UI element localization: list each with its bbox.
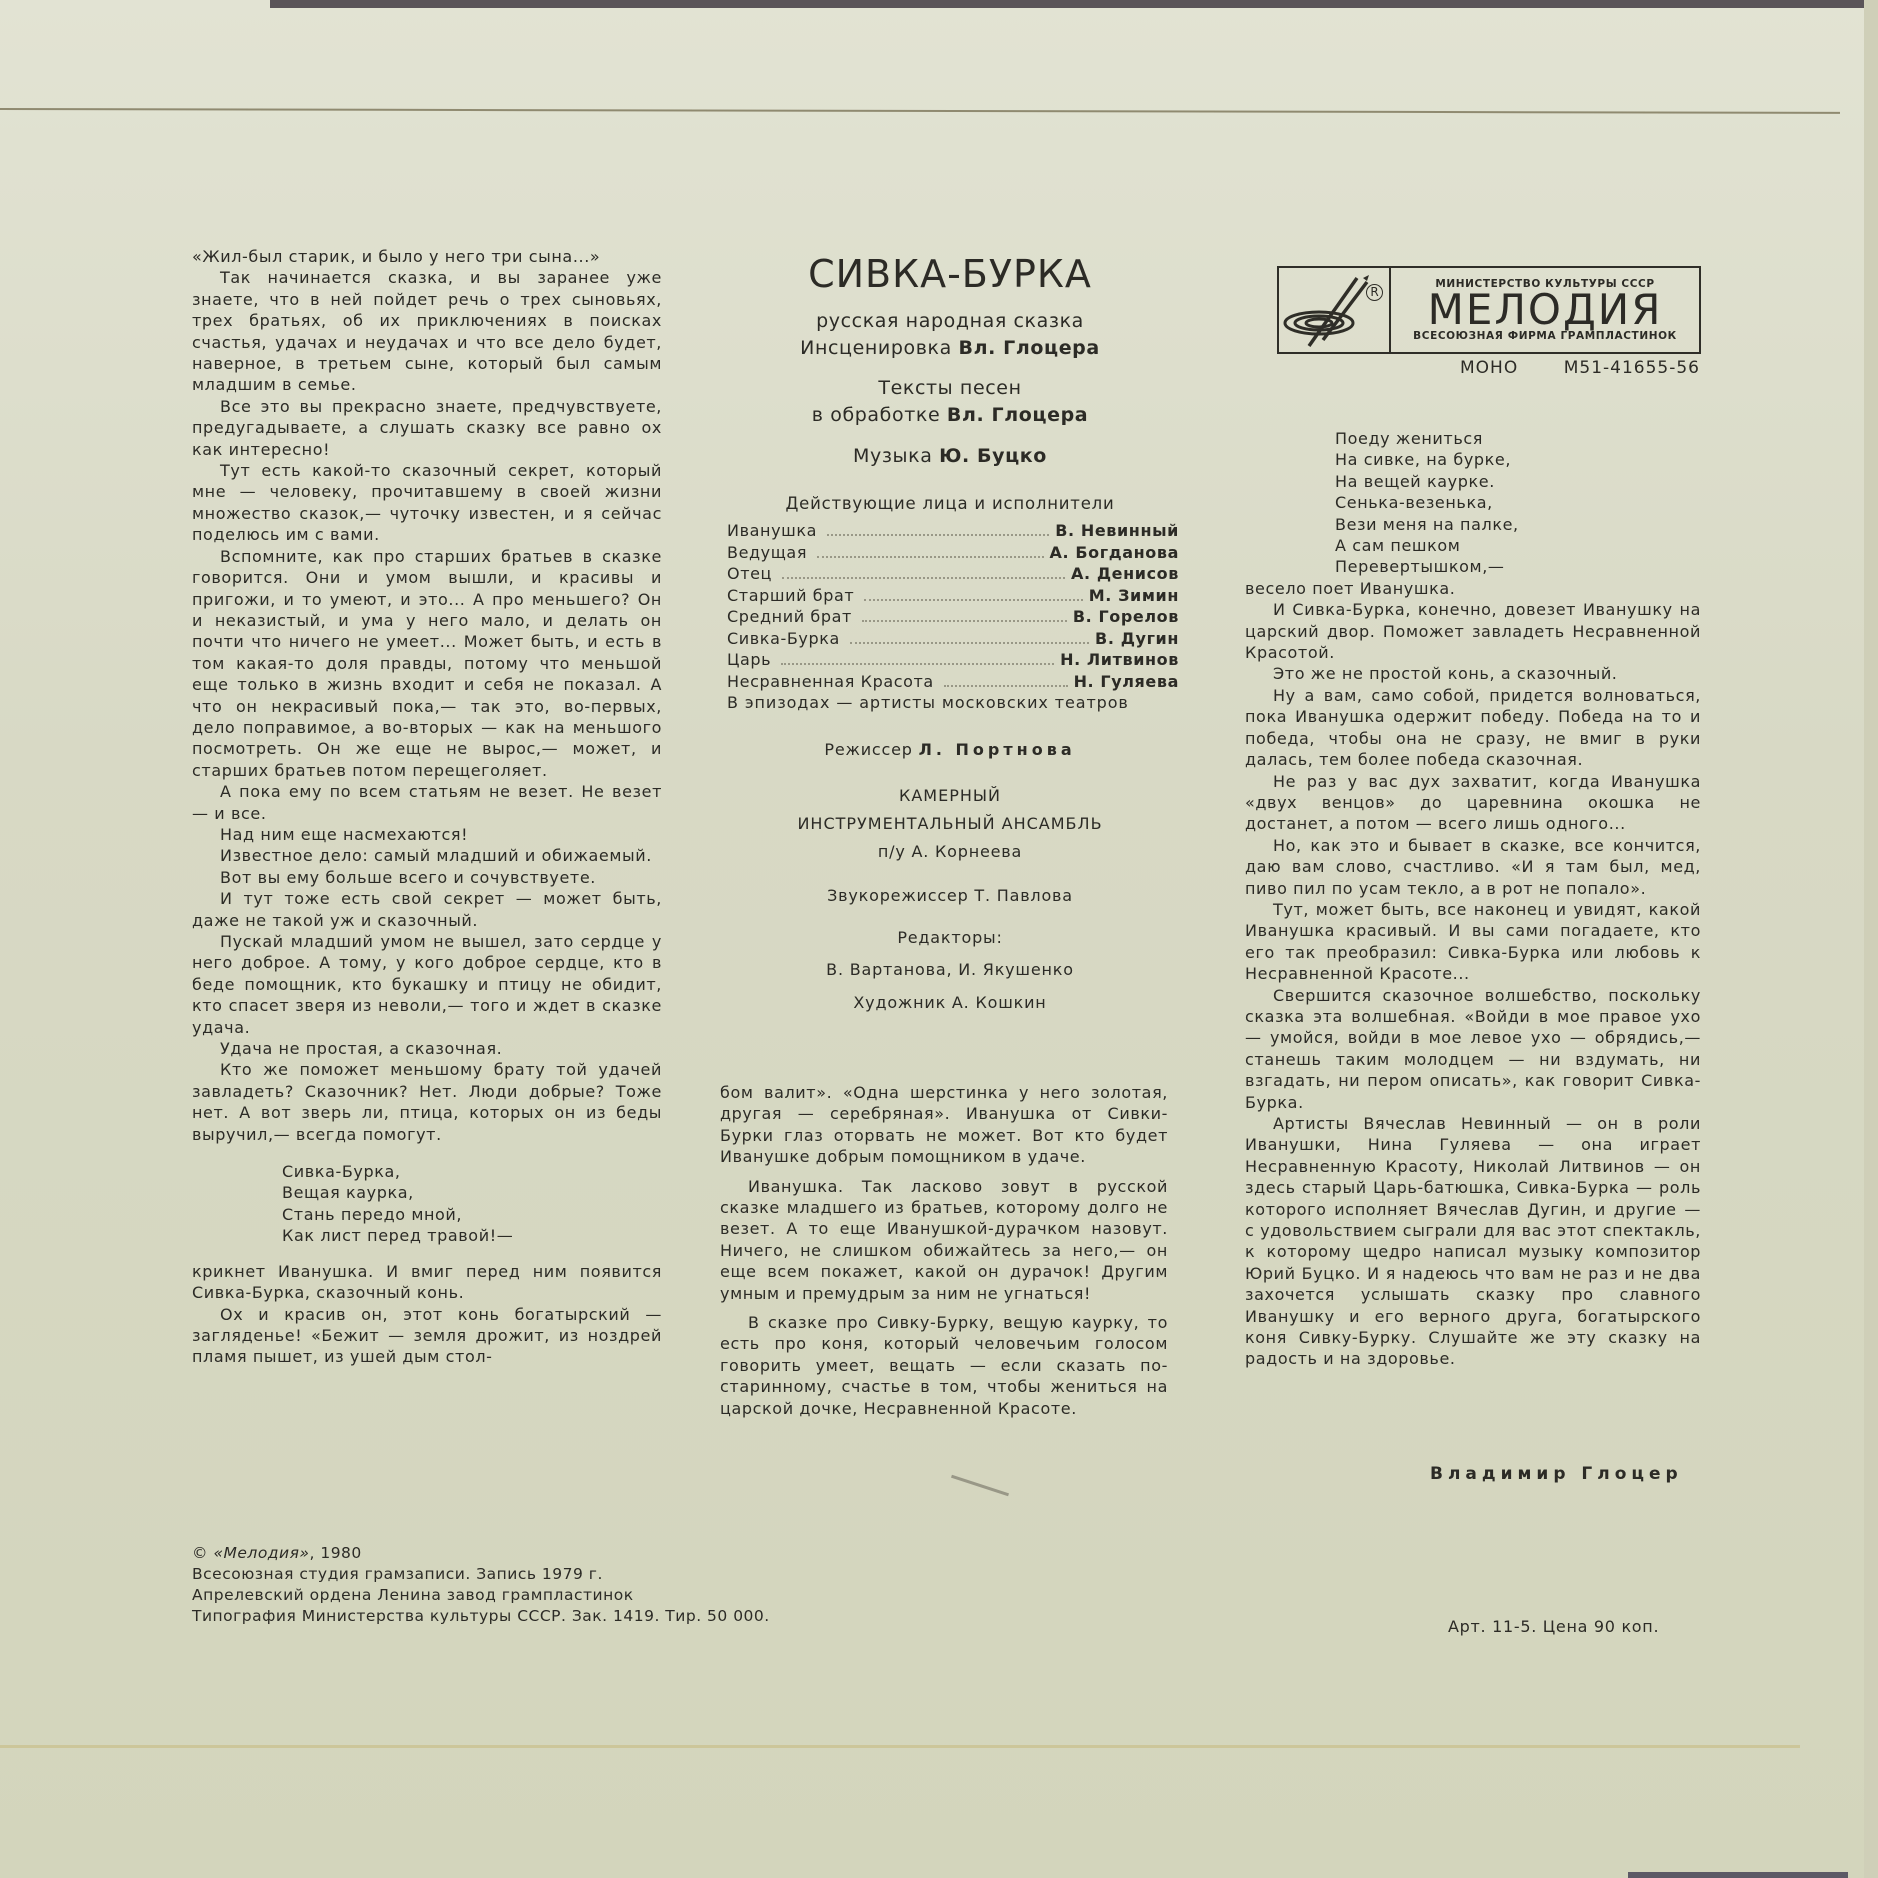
paragraph: Все это вы прекрасно знаете, предчувству…: [192, 396, 662, 460]
paragraph: весело поет Иванушка.: [1245, 578, 1701, 599]
cast-note: В эпизодах — артисты московских театров: [727, 692, 1179, 714]
verse-line: Вещая каурка,: [282, 1182, 662, 1203]
verse-line: Как лист перед травой!—: [282, 1225, 662, 1246]
studio-line: Всесоюзная студия грамзаписи. Запись 197…: [192, 1564, 770, 1585]
album-title: СИВКА-БУРКА: [700, 252, 1200, 296]
paragraph: Удача не простая, а сказочная.: [192, 1038, 662, 1059]
firm-line: ВСЕСОЮЗНАЯ ФИРМА ГРАМПЛАСТИНОК: [1413, 330, 1677, 342]
ensemble-line: КАМЕРНЫЙ: [700, 782, 1200, 810]
verse-line: Сенька-везенька,: [1335, 492, 1701, 513]
composer: Ю. Буцко: [939, 445, 1047, 467]
ink-smudge: [951, 1475, 1009, 1496]
dot-leader: [781, 663, 1054, 665]
director-name: Л. Портнова: [919, 740, 1076, 759]
editors-label: Редакторы:: [700, 928, 1200, 947]
cast-row: ИванушкаВ. Невинный: [727, 520, 1179, 542]
director-credit: Режиссер Л. Портнова: [700, 740, 1200, 759]
music-label: Музыка: [853, 445, 932, 467]
paragraph: И Сивка-Бурка, конечно, довезет Иванушку…: [1245, 599, 1701, 663]
price-label: Арт. 11-5. Цена 90 коп.: [1448, 1617, 1659, 1636]
paragraph: Пускай младший умом не вышел, зато сердц…: [192, 931, 662, 1038]
cast-actor: Н. Гуляева: [1074, 671, 1179, 693]
cast-row: ВедущаяА. Богданова: [727, 542, 1179, 564]
cast-role: Отец: [727, 563, 772, 585]
cast-actor: А. Богданова: [1050, 542, 1179, 564]
cast-role: Царь: [727, 649, 771, 671]
paragraph: крикнет Иванушка. И вмиг перед ним появи…: [192, 1261, 662, 1304]
paragraph: Вот вы ему больше всего и сочувствуете.: [192, 867, 662, 888]
cast-row: Сивка-БуркаВ. Дугин: [727, 628, 1179, 650]
verse-line: Стань передо мной,: [282, 1204, 662, 1225]
cast-row: Средний братВ. Горелов: [727, 606, 1179, 628]
dot-leader: [864, 599, 1082, 601]
paragraph: Не раз у вас дух захватит, когда Иванушк…: [1245, 771, 1701, 835]
paragraph: Но, как это и бывает в сказке, все кончи…: [1245, 835, 1701, 899]
cast-actor: В. Горелов: [1073, 606, 1179, 628]
cast-row: ЦарьН. Литвинов: [727, 649, 1179, 671]
copyright-holder: «Мелодия»: [213, 1544, 309, 1562]
lyrics-prefix: в обработке: [812, 404, 940, 426]
liner-notes-right-column: Поеду жениться На сивке, на бурке, На ве…: [1245, 428, 1701, 1370]
copyright-icon: ©: [192, 1544, 208, 1562]
paragraph: Так начинается сказка, и вы заранее уже …: [192, 267, 662, 395]
fold-crease-bottom: [0, 1745, 1800, 1748]
dot-leader: [850, 642, 1089, 644]
dot-leader: [862, 620, 1067, 622]
paragraph: Над ним еще насмехаются!: [192, 824, 662, 845]
cast-row: Несравненная КрасотаН. Гуляева: [727, 671, 1179, 693]
paragraph: бом валит». «Одна шерстинка у него золот…: [720, 1082, 1168, 1168]
director-label: Режиссер: [824, 740, 912, 759]
author-signature: Владимир Глоцер: [1430, 1464, 1683, 1484]
subtitle-block: русская народная сказка Инсценировка Вл.…: [700, 308, 1200, 362]
cast-role: Иванушка: [727, 520, 817, 542]
paragraph: «Жил-был старик, и было у него три сына.…: [192, 246, 662, 267]
lyrics-author-line: в обработке Вл. Глоцера: [700, 402, 1200, 429]
lyrics-label: Тексты песен: [700, 375, 1200, 402]
cast-row: ОтецА. Денисов: [727, 563, 1179, 585]
cast-actor: Н. Литвинов: [1060, 649, 1179, 671]
melodiya-logo: R МИНИСТЕРСТВО КУЛЬТУРЫ СССР МЕЛОДИЯ ВСЕ…: [1277, 266, 1701, 354]
printing-line: Типография Министерства культуры СССР. З…: [192, 1606, 770, 1627]
dot-leader: [782, 577, 1065, 579]
record-sleeve-back: «Жил-был старик, и было у него три сына.…: [0, 0, 1878, 1878]
sleeve-right-edge: [1864, 0, 1878, 1878]
cast-actor: А. Денисов: [1071, 563, 1179, 585]
paragraph: Тут, может быть, все наконец и увидят, к…: [1245, 899, 1701, 985]
paragraph: Кто же поможет меньшому брату той удачей…: [192, 1059, 662, 1145]
melodiya-wordmark: МИНИСТЕРСТВО КУЛЬТУРЫ СССР МЕЛОДИЯ ВСЕСО…: [1391, 268, 1699, 352]
label-name: МЕЛОДИЯ: [1428, 290, 1663, 330]
conductor-credit: п/у А. Корнеева: [700, 842, 1200, 861]
song-verse: Сивка-Бурка, Вещая каурка, Стань передо …: [282, 1161, 662, 1247]
cast-role: Ведущая: [727, 542, 807, 564]
paragraph: Ох и красив он, этот конь богатырский — …: [192, 1304, 662, 1368]
paragraph: А пока ему по всем статьям не везет. Не …: [192, 781, 662, 824]
verse-line: А сам пешком: [1335, 535, 1701, 556]
cast-list: ИванушкаВ. Невинный ВедущаяА. Богданова …: [727, 520, 1179, 714]
genre-line: русская народная сказка: [700, 308, 1200, 335]
mono-label: МОНО: [1460, 358, 1518, 378]
editors-names: В. Вартанова, И. Якушенко: [700, 960, 1200, 979]
registered-mark: R: [1366, 284, 1383, 301]
artist-credit: Художник А. Кошкин: [700, 993, 1200, 1012]
adaptation-label: Инсценировка: [800, 337, 952, 359]
adaptation-author: Вл. Глоцера: [959, 337, 1100, 359]
melodiya-emblem-icon: R: [1279, 268, 1391, 352]
paragraph: Известное дело: самый младший и обижаемы…: [192, 845, 662, 866]
music-credit: Музыка Ю. Буцко: [700, 443, 1200, 470]
paragraph: Вспомните, как про старших братьев в ска…: [192, 546, 662, 781]
paragraph: Свершится сказочное волшебство, поскольк…: [1245, 985, 1701, 1113]
catalog-number: М51-41655-56: [1564, 358, 1700, 378]
sleeve-bottom-edge: [1628, 1872, 1848, 1878]
catalog-info: МОНО М51-41655-56: [1460, 358, 1700, 378]
cast-role: Несравненная Красота: [727, 671, 934, 693]
copyright-line: © «Мелодия», 1980: [192, 1543, 770, 1564]
song-verse: Поеду жениться На сивке, на бурке, На ве…: [1335, 428, 1701, 578]
factory-line: Апрелевский ордена Ленина завод грамплас…: [192, 1585, 770, 1606]
paragraph: Это же не простой конь, а сказочный.: [1245, 663, 1701, 684]
fold-crease-top: [0, 108, 1840, 114]
cast-role: Старший брат: [727, 585, 854, 607]
liner-notes-middle-column: бом валит». «Одна шерстинка у него золот…: [720, 1082, 1168, 1419]
cast-role: Средний брат: [727, 606, 852, 628]
verse-line: На сивке, на бурке,: [1335, 449, 1701, 470]
ensemble-line: ИНСТРУМЕНТАЛЬНЫЙ АНСАМБЛЬ: [700, 810, 1200, 838]
paragraph: И тут тоже есть свой секрет — может быть…: [192, 888, 662, 931]
cast-actor: М. Зимин: [1089, 585, 1179, 607]
cast-row: Старший братМ. Зимин: [727, 585, 1179, 607]
lyrics-credit: Тексты песен в обработке Вл. Глоцера: [700, 375, 1200, 429]
adaptation-line: Инсценировка Вл. Глоцера: [700, 335, 1200, 362]
paragraph: Тут есть какой-то сказочный секрет, кото…: [192, 460, 662, 546]
liner-notes-left-column: «Жил-был старик, и было у него три сына.…: [192, 246, 662, 1368]
paragraph: В сказке про Сивку-Бурку, вещую каурку, …: [720, 1312, 1168, 1419]
cast-heading: Действующие лица и исполнители: [700, 494, 1200, 513]
sound-engineer-credit: Звукорежиссер Т. Павлова: [700, 886, 1200, 905]
copyright-year: , 1980: [309, 1544, 361, 1562]
cast-actor: В. Невинный: [1055, 520, 1179, 542]
dot-leader: [827, 534, 1049, 536]
lyrics-author: Вл. Глоцера: [947, 404, 1088, 426]
sleeve-top-edge: [270, 0, 1878, 8]
verse-line: Сивка-Бурка,: [282, 1161, 662, 1182]
cast-actor: В. Дугин: [1095, 628, 1179, 650]
verse-line: Перевертышком,—: [1335, 556, 1701, 577]
imprint-block: © «Мелодия», 1980 Всесоюзная студия грам…: [192, 1543, 770, 1627]
ensemble-credit: КАМЕРНЫЙ ИНСТРУМЕНТАЛЬНЫЙ АНСАМБЛЬ: [700, 782, 1200, 838]
paragraph: Артисты Вячеслав Невинный — он в роли Ив…: [1245, 1113, 1701, 1370]
paragraph: Иванушка. Так ласково зовут в русской ск…: [720, 1176, 1168, 1304]
paragraph: Ну а вам, само собой, придется волновать…: [1245, 685, 1701, 771]
verse-line: Вези меня на палке,: [1335, 514, 1701, 535]
verse-line: Поеду жениться: [1335, 428, 1701, 449]
verse-line: На вещей каурке.: [1335, 471, 1701, 492]
dot-leader: [944, 685, 1068, 687]
cast-role: Сивка-Бурка: [727, 628, 840, 650]
dot-leader: [817, 556, 1043, 558]
